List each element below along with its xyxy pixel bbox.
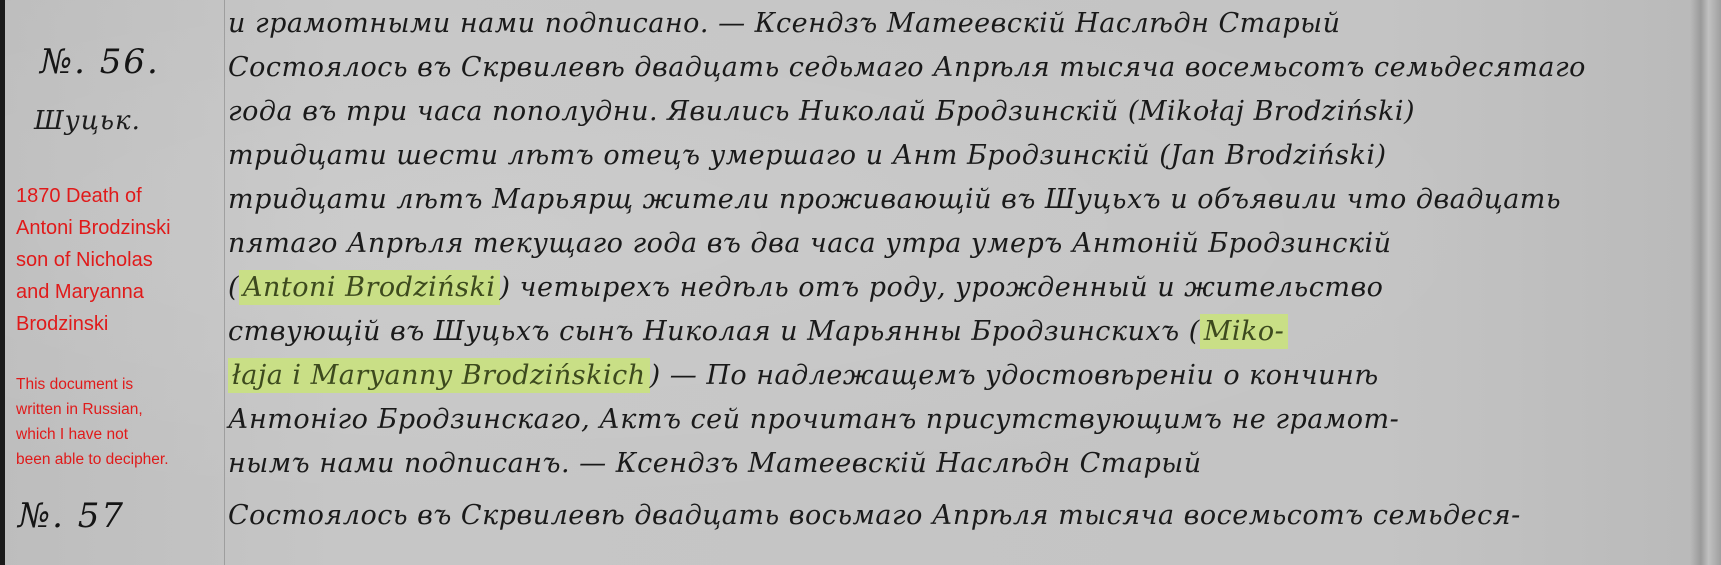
annotation-title-line: and Maryanna <box>16 276 171 308</box>
annotation-note-line: written in Russian, <box>16 397 169 422</box>
entry-place-56: Шуцьк. <box>34 106 141 136</box>
annotation-note-line: which I have not <box>16 422 169 447</box>
script-line-9: łaja i Maryanny Brodzińskich) — По надле… <box>228 360 1379 391</box>
script-text: ) четырехъ недѣль отъ роду, урожденный и… <box>500 272 1384 303</box>
script-line-2: Состоялось въ Скрвилевѣ двадцать седьмаг… <box>228 52 1586 83</box>
script-line-8: ствующій въ Шуцьхъ сынъ Николая и Марьян… <box>228 316 1288 347</box>
annotation-title-line: Antoni Brodzinski <box>16 212 171 244</box>
highlighted-name-antoni: Antoni Brodziński <box>239 270 500 305</box>
margin-rule-line <box>224 0 225 565</box>
annotation-title-line: 1870 Death of <box>16 180 171 212</box>
annotation-title: 1870 Death of Antoni Brodzinski son of N… <box>16 180 171 340</box>
script-line-11: нымъ нами подписанъ. — Ксендзъ Матеевскі… <box>228 448 1202 479</box>
script-line-5: тридцати лѣтъ Марьярщ жители проживающій… <box>228 184 1561 215</box>
script-text: ( <box>228 272 239 303</box>
page-left-edge <box>0 0 5 565</box>
script-line-7: (Antoni Brodziński) четырехъ недѣль отъ … <box>228 272 1383 303</box>
script-line-1: и грамотными нами подписано. — Ксендзъ М… <box>228 8 1341 39</box>
annotation-title-line: Brodzinski <box>16 308 171 340</box>
highlighted-name-parents: łaja i Maryanny Brodzińskich <box>228 358 650 393</box>
annotation-note: This document is written in Russian, whi… <box>16 372 169 472</box>
entry-number-57: №. 57 <box>18 496 125 536</box>
scanned-document-page: №. 56. Шуцьк. №. 57 1870 Death of Antoni… <box>0 0 1721 565</box>
annotation-title-line: son of Nicholas <box>16 244 171 276</box>
script-line-3: года въ три часа пополудни. Явились Нико… <box>228 96 1415 127</box>
page-binding-fold <box>1690 0 1721 565</box>
annotation-note-line: This document is <box>16 372 169 397</box>
highlighted-name-mikolaj-start: Miko- <box>1200 314 1289 349</box>
script-line-12: Состоялось въ Скрвилевѣ двадцать восьмаг… <box>228 500 1521 531</box>
annotation-note-line: been able to decipher. <box>16 447 169 472</box>
script-line-4: тридцати шести лѣтъ отецъ умершаго и Ант… <box>228 140 1387 171</box>
script-line-6: пятаго Апрѣля текущаго года въ два часа … <box>228 228 1391 259</box>
script-text: ) — По надлежащемъ удостовѣреніи о кончи… <box>650 360 1379 391</box>
script-text: ствующій въ Шуцьхъ сынъ Николая и Марьян… <box>228 316 1200 347</box>
script-line-10: Антоніго Бродзинскаго, Актъ сей прочитан… <box>228 404 1399 435</box>
entry-number-56: №. 56. <box>40 42 160 82</box>
